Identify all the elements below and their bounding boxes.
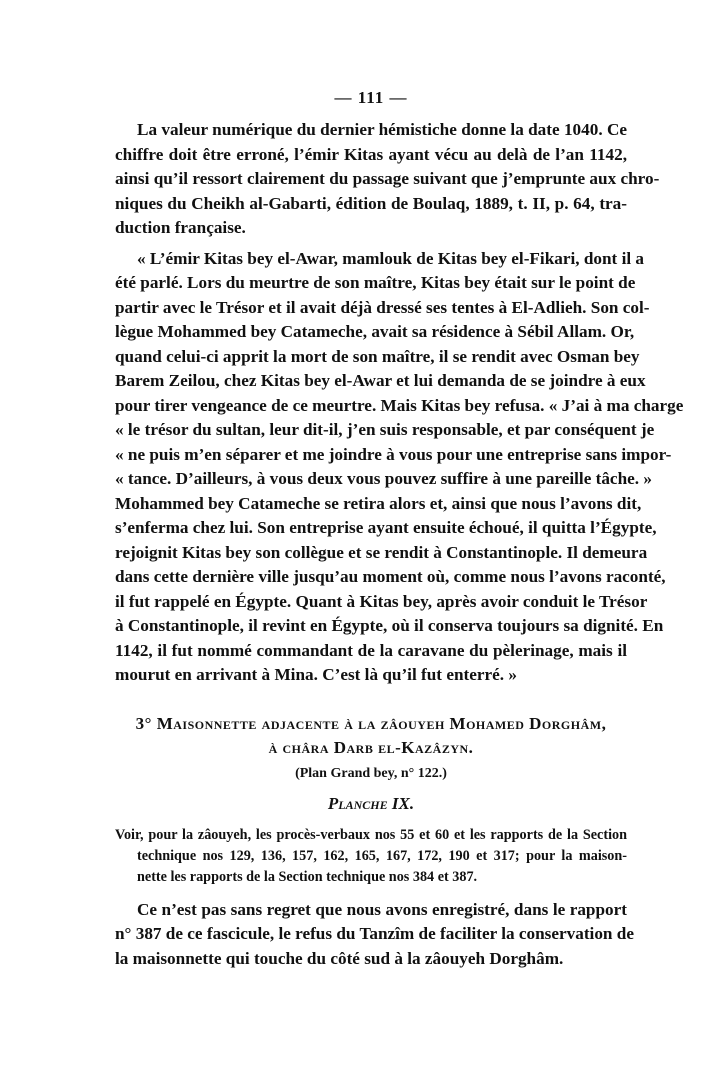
paragraph-date-note: La valeur numérique du dernier hémistich… bbox=[115, 118, 627, 241]
text-line: Ce n’est pas sans regret que nous avons … bbox=[115, 898, 627, 923]
text-line: rejoignit Kitas bey son collègue et se r… bbox=[115, 541, 627, 566]
text-line: chiffre doit être erroné, l’émir Kitas a… bbox=[115, 143, 627, 168]
note-line: Voir, pour la zâouyeh, les procès-verbau… bbox=[115, 825, 627, 846]
reference-note: Voir, pour la zâouyeh, les procès-verbau… bbox=[115, 825, 627, 888]
text-line: été parlé. Lors du meurtre de son maître… bbox=[115, 271, 627, 296]
text-line: La valeur numérique du dernier hémistich… bbox=[115, 118, 627, 143]
text-line: niques du Cheikh al-Gabarti, édition de … bbox=[115, 192, 627, 217]
text-line: n° 387 de ce fascicule, le refus du Tanz… bbox=[115, 922, 627, 947]
text-line: il fut rappelé en Égypte. Quant à Kitas … bbox=[115, 590, 627, 615]
text-line: à Constantinople, il revint en Égypte, o… bbox=[115, 614, 627, 639]
note-line: nette les rapports de la Section techniq… bbox=[115, 867, 627, 888]
paragraph-quotation: « L’émir Kitas bey el-Awar, mamlouk de K… bbox=[115, 247, 627, 688]
paragraph-regret: Ce n’est pas sans regret que nous avons … bbox=[115, 898, 627, 972]
section-heading: 3° Maisonnette adjacente à la zâouyeh Mo… bbox=[115, 712, 627, 760]
document-page: — 111 — La valeur numérique du dernier h… bbox=[115, 88, 627, 977]
text-line: « L’émir Kitas bey el-Awar, mamlouk de K… bbox=[115, 247, 627, 272]
text-line: lègue Mohammed bey Catameche, avait sa r… bbox=[115, 320, 627, 345]
text-line: partir avec le Trésor et il avait déjà d… bbox=[115, 296, 627, 321]
text-line: quand celui-ci apprit la mort de son maî… bbox=[115, 345, 627, 370]
text-line: « le trésor du sultan, leur dit-il, j’en… bbox=[115, 418, 627, 443]
text-line: pour tirer vengeance de ce meurtre. Mais… bbox=[115, 394, 627, 419]
text-line: mourut en arrivant à Mina. C’est là qu’i… bbox=[115, 663, 627, 688]
text-line: « ne puis m’en séparer et me joindre à v… bbox=[115, 443, 627, 468]
section-heading-line1: 3° Maisonnette adjacente à la zâouyeh Mo… bbox=[115, 712, 627, 736]
text-line: 1142, il fut nommé commandant de la cara… bbox=[115, 639, 627, 664]
text-line: ainsi qu’il ressort clairement du passag… bbox=[115, 167, 627, 192]
page-number: — 111 — bbox=[115, 88, 627, 108]
text-line: Barem Zeilou, chez Kitas bey el-Awar et … bbox=[115, 369, 627, 394]
plate-label: Planche IX. bbox=[115, 791, 627, 817]
note-line: technique nos 129, 136, 157, 162, 165, 1… bbox=[115, 846, 627, 867]
plan-reference: (Plan Grand bey, n° 122.) bbox=[115, 763, 627, 785]
text-line: s’enferma chez lui. Son entreprise ayant… bbox=[115, 516, 627, 541]
text-line: duction française. bbox=[115, 216, 627, 241]
text-line: la maisonnette qui touche du côté sud à … bbox=[115, 947, 627, 972]
section-heading-line2: à châra Darb el-Kazâzyn. bbox=[115, 736, 627, 760]
text-line: « tance. D’ailleurs, à vous deux vous po… bbox=[115, 467, 627, 492]
text-line: dans cette dernière ville jusqu’au momen… bbox=[115, 565, 627, 590]
text-line: Mohammed bey Catameche se retira alors e… bbox=[115, 492, 627, 517]
